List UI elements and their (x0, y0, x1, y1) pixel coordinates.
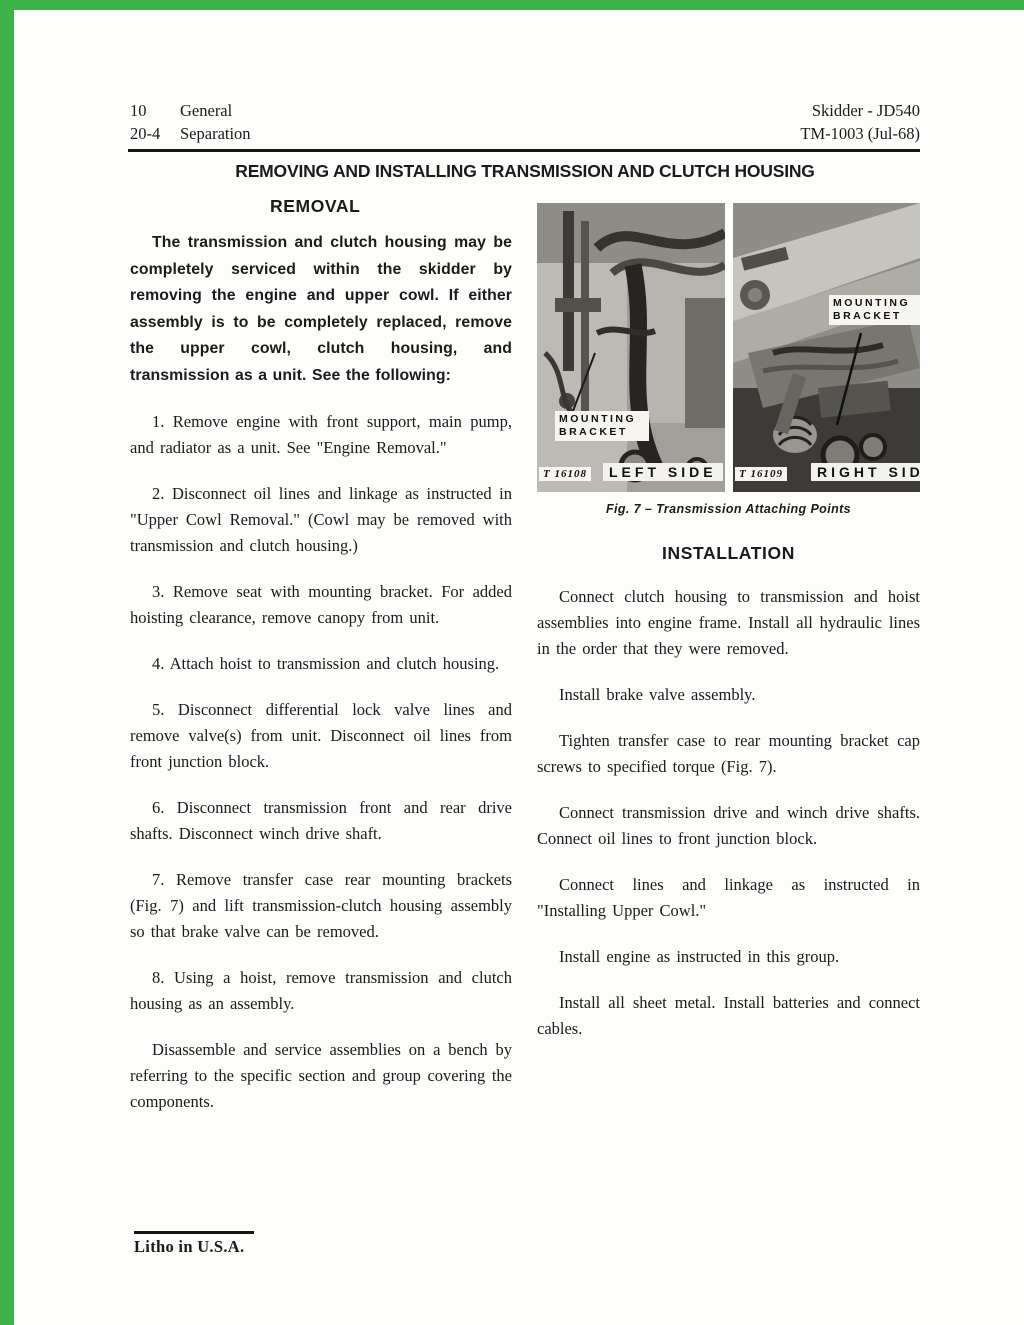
installation-para-1: Connect clutch housing to transmission a… (537, 584, 920, 662)
header-group-label: Separation (180, 122, 251, 145)
right-photo-id: T 16109 (735, 467, 787, 481)
manual-page: 10 General 20-4 Separation Skidder - JD5… (0, 0, 1024, 1325)
left-photo-mounting-bracket-label: MOUNTING BRACKET (555, 411, 649, 441)
scan-edge-left (0, 0, 14, 1325)
figure-7: MOUNTING BRACKET T 16108 LEFT SIDE (537, 203, 920, 492)
header-manual-number: TM-1003 (Jul-68) (800, 122, 920, 145)
header-group-number: 20-4 (130, 122, 180, 145)
removal-step-3: 3. Remove seat with mounting bracket. Fo… (130, 579, 512, 631)
installation-para-3: Tighten transfer case to rear mounting b… (537, 728, 920, 780)
installation-column: MOUNTING BRACKET T 16108 LEFT SIDE (537, 203, 920, 1042)
right-photo-mounting-bracket-label: MOUNTING BRACKET (829, 295, 920, 325)
left-photo-side-label: LEFT SIDE (603, 463, 723, 481)
removal-step-4: 4. Attach hoist to transmission and clut… (130, 651, 512, 677)
removal-column: REMOVAL The transmission and clutch hous… (130, 196, 512, 1115)
removal-step-2: 2. Disconnect oil lines and linkage as i… (130, 481, 512, 559)
header-model: Skidder - JD540 (800, 99, 920, 122)
removal-step-6: 6. Disconnect transmission front and rea… (130, 795, 512, 847)
right-photo-side-label: RIGHT SIDE (811, 463, 920, 481)
removal-intro: The transmission and clutch housing may … (130, 230, 512, 389)
installation-heading: INSTALLATION (537, 543, 920, 564)
installation-para-4: Connect transmission drive and winch dri… (537, 800, 920, 852)
removal-step-8: 8. Using a hoist, remove transmission an… (130, 965, 512, 1017)
header-section-ref: 10 General 20-4 Separation (130, 99, 251, 145)
litho-footer: Litho in U.S.A. (134, 1231, 254, 1257)
scan-edge-top (0, 0, 1024, 10)
removal-step-1: 1. Remove engine with front support, mai… (130, 409, 512, 461)
installation-para-6: Install engine as instructed in this gro… (537, 944, 920, 970)
removal-step-7: 7. Remove transfer case rear mounting br… (130, 867, 512, 945)
removal-outro: Disassemble and service assemblies on a … (130, 1037, 512, 1115)
header-rule (128, 149, 920, 152)
page-title: REMOVING AND INSTALLING TRANSMISSION AND… (130, 161, 920, 182)
installation-para-2: Install brake valve assembly. (537, 682, 920, 708)
figure-left-photo: MOUNTING BRACKET T 16108 LEFT SIDE (537, 203, 725, 492)
left-photo-image (537, 203, 725, 492)
removal-step-5: 5. Disconnect differential lock valve li… (130, 697, 512, 775)
installation-para-7: Install all sheet metal. Install batteri… (537, 990, 920, 1042)
header-section-label: General (180, 99, 251, 122)
figure-right-photo: MOUNTING BRACKET T 16109 RIGHT SIDE (733, 203, 920, 492)
right-photo-image (733, 203, 920, 492)
removal-heading: REMOVAL (130, 196, 512, 217)
left-photo-id: T 16108 (539, 467, 591, 481)
header-page-number: 10 (130, 99, 180, 122)
header-manual-ref: Skidder - JD540 TM-1003 (Jul-68) (800, 99, 920, 145)
installation-para-5: Connect lines and linkage as instructed … (537, 872, 920, 924)
figure-caption: Fig. 7 – Transmission Attaching Points (537, 502, 920, 516)
